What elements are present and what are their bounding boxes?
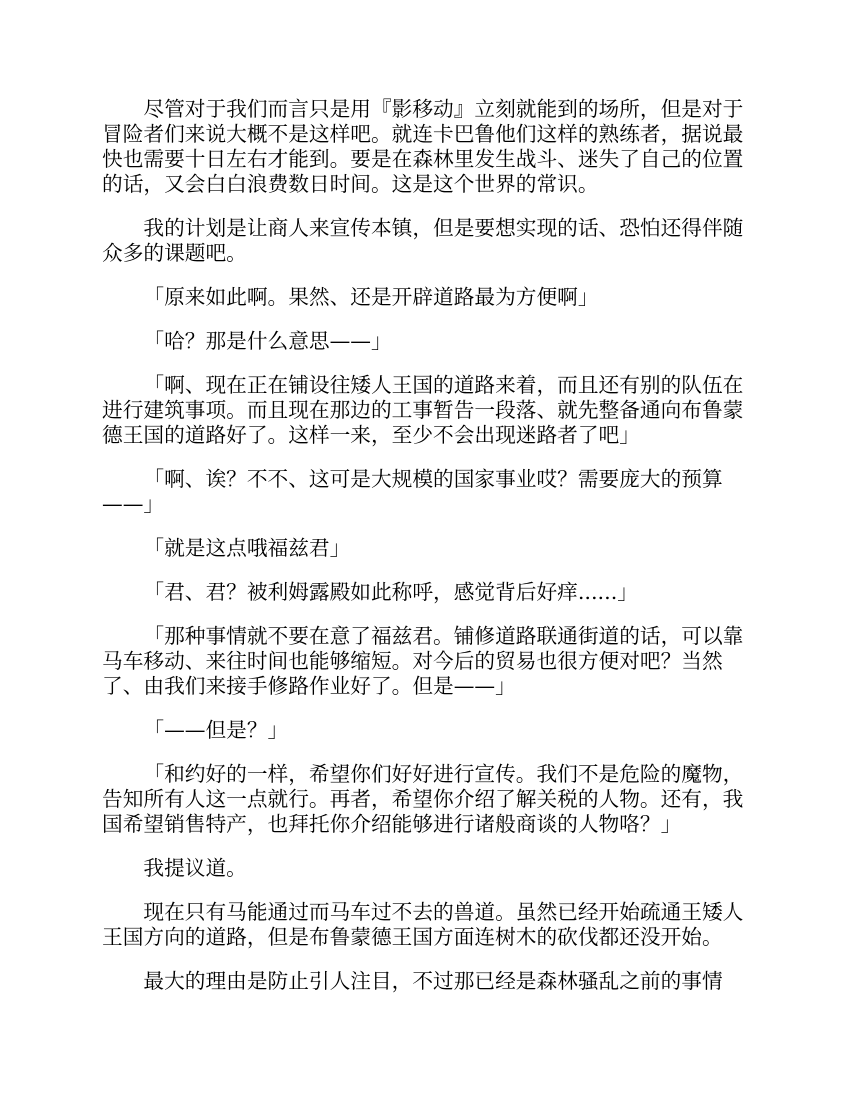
text-line: 「啊、诶？不不、这可是大规模的国家事业哎？需要庞大的预算 [102, 467, 762, 492]
dialogue-paragraph: 「和约好的一样，希望你们好好进行宣传。我们不是危险的魔物， 告知所有人这一点就行… [102, 762, 762, 837]
text-line: 最大的理由是防止引人注目，不过那已经是森林骚乱之前的事情 [102, 969, 762, 994]
text-line: 我提议道。 [102, 856, 762, 881]
dialogue-paragraph: 「君、君？被利姆露殿如此称呼，感觉背后好痒......」 [102, 580, 762, 605]
paragraph: 我提议道。 [102, 856, 762, 881]
text-line: 告知所有人这一点就行。再者，希望你介绍了解关税的人物。还有，我 [102, 787, 762, 812]
text-line: 我的计划是让商人来宣传本镇，但是要想实现的话、恐怕还得伴随 [102, 216, 762, 241]
text-line: 「君、君？被利姆露殿如此称呼，感觉背后好痒......」 [102, 580, 762, 605]
text-line: 冒险者们来说大概不是这样吧。就连卡巴鲁他们这样的熟练者，据说最 [102, 122, 762, 147]
body-text: 尽管对于我们而言只是用『影移动』立刻就能到的场所，但是对于 冒险者们来说大概不是… [102, 97, 762, 1013]
text-line: 众多的课题吧。 [102, 241, 762, 266]
text-line: 现在只有马能通过而马车过不去的兽道。虽然已经开始疏通王矮人 [102, 900, 762, 925]
text-line: 进行建筑事项。而且现在那边的工事暂告一段落、就先整备通向布鲁蒙 [102, 398, 762, 423]
text-line: 「——但是？」 [102, 718, 762, 743]
text-line: ——」 [102, 492, 762, 517]
text-line: 「哈？那是什么意思——」 [102, 329, 762, 354]
text-line: 国希望销售特产，也拜托你介绍能够进行诸般商谈的人物咯？」 [102, 812, 762, 837]
dialogue-paragraph: 「——但是？」 [102, 718, 762, 743]
text-line: 「啊、现在正在铺设往矮人王国的道路来着，而且还有别的队伍在 [102, 373, 762, 398]
text-line: 尽管对于我们而言只是用『影移动』立刻就能到的场所，但是对于 [102, 97, 762, 122]
paragraph: 现在只有马能通过而马车过不去的兽道。虽然已经开始疏通王矮人 王国方向的道路，但是… [102, 900, 762, 950]
text-line: 「原来如此啊。果然、还是开辟道路最为方便啊」 [102, 285, 762, 310]
text-line: 快也需要十日左右才能到。要是在森林里发生战斗、迷失了自己的位置 [102, 147, 762, 172]
dialogue-paragraph: 「啊、诶？不不、这可是大规模的国家事业哎？需要庞大的预算 ——」 [102, 467, 762, 517]
text-line: 德王国的道路好了。这样一来，至少不会出现迷路者了吧」 [102, 423, 762, 448]
text-line: 「和约好的一样，希望你们好好进行宣传。我们不是危险的魔物， [102, 762, 762, 787]
text-line: 的话，又会白白浪费数日时间。这是这个世界的常识。 [102, 172, 762, 197]
document-page: 尽管对于我们而言只是用『影移动』立刻就能到的场所，但是对于 冒险者们来说大概不是… [0, 0, 850, 1100]
paragraph: 最大的理由是防止引人注目，不过那已经是森林骚乱之前的事情 [102, 969, 762, 994]
paragraph: 尽管对于我们而言只是用『影移动』立刻就能到的场所，但是对于 冒险者们来说大概不是… [102, 97, 762, 197]
text-line: 「那种事情就不要在意了福兹君。铺修道路联通街道的话，可以靠 [102, 624, 762, 649]
text-line: 马车移动、来往时间也能够缩短。对今后的贸易也很方便对吧？当然 [102, 649, 762, 674]
dialogue-paragraph: 「就是这点哦福兹君」 [102, 536, 762, 561]
paragraph: 我的计划是让商人来宣传本镇，但是要想实现的话、恐怕还得伴随 众多的课题吧。 [102, 216, 762, 266]
text-line: 王国方向的道路，但是布鲁蒙德王国方面连树木的砍伐都还没开始。 [102, 925, 762, 950]
dialogue-paragraph: 「哈？那是什么意思——」 [102, 329, 762, 354]
dialogue-paragraph: 「原来如此啊。果然、还是开辟道路最为方便啊」 [102, 285, 762, 310]
text-line: 了、由我们来接手修路作业好了。但是——」 [102, 674, 762, 699]
dialogue-paragraph: 「啊、现在正在铺设往矮人王国的道路来着，而且还有别的队伍在 进行建筑事项。而且现… [102, 373, 762, 448]
dialogue-paragraph: 「那种事情就不要在意了福兹君。铺修道路联通街道的话，可以靠 马车移动、来往时间也… [102, 624, 762, 699]
text-line: 「就是这点哦福兹君」 [102, 536, 762, 561]
